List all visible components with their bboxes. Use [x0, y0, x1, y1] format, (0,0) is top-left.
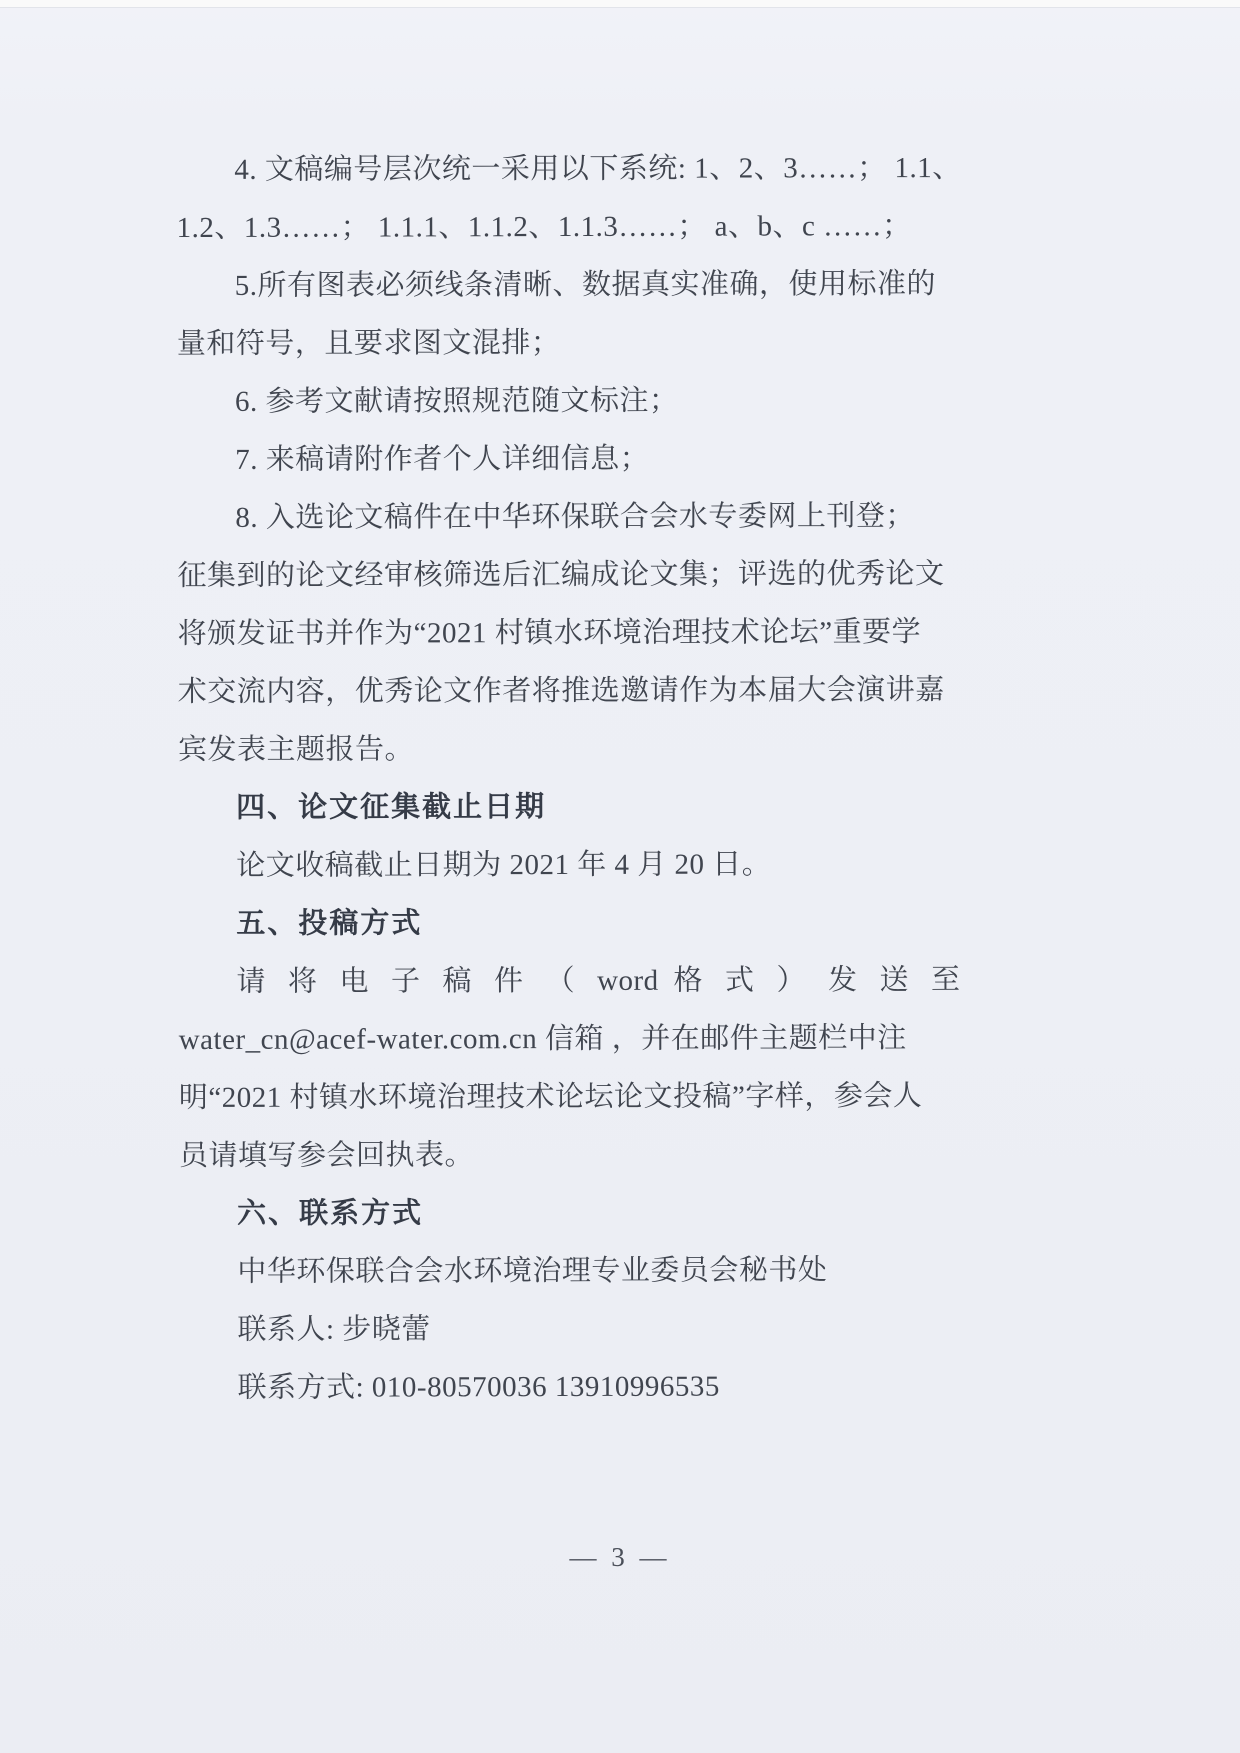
numbered-item-5-line-2: 量和符号，且要求图文混排；: [177, 313, 959, 373]
numbered-item-4-line-1: 4. 文稿编号层次统一采用以下系统: 1、2、3……； 1.1、: [176, 139, 958, 199]
contact-person: 联系人: 步晓蕾: [179, 1299, 961, 1359]
numbered-item-7: 7. 来稿请附作者个人详细信息；: [177, 429, 959, 489]
submission-line-4: 员请填写参会回执表。: [179, 1125, 961, 1185]
numbered-item-8-line-5: 宾发表主题报告。: [178, 719, 960, 779]
page-number: — 3 —: [570, 1542, 671, 1572]
submission-line-2-email: water_cn@acef-water.com.cn 信箱 ，并在邮件主题栏中注: [179, 1009, 961, 1069]
numbered-item-8-line-1: 8. 入选论文稿件在中华环保联合会水专委网上刊登；: [177, 487, 959, 547]
section-heading-contact: 六、联系方式: [179, 1183, 961, 1243]
contact-org: 中华环保联合会水环境治理专业委员会秘书处: [179, 1241, 961, 1301]
numbered-item-8-line-4: 术交流内容，优秀论文作者将推选邀请作为本届大会演讲嘉: [178, 661, 960, 721]
document-body: 4. 文稿编号层次统一采用以下系统: 1、2、3……； 1.1、 1.2、1.3…: [176, 139, 961, 1417]
numbered-item-8-line-3: 将颁发证书并作为“2021 村镇水环境治理技术论坛”重要学: [178, 603, 960, 663]
submission-line-3: 明“2021 村镇水环境治理技术论坛论文投稿”字样，参会人: [179, 1067, 961, 1127]
scanned-document-page: 4. 文稿编号层次统一采用以下系统: 1、2、3……； 1.1、 1.2、1.3…: [0, 0, 1240, 1753]
section-heading-submission: 五、投稿方式: [178, 893, 960, 953]
scan-edge: [0, 0, 1240, 8]
numbered-item-4-line-2: 1.2、1.3……； 1.1.1、1.1.2、1.1.3……； a、b、c ………: [176, 197, 958, 257]
deadline-body: 论文收稿截止日期为 2021 年 4 月 20 日。: [178, 835, 960, 895]
section-heading-deadline: 四、论文征集截止日期: [178, 777, 960, 837]
numbered-item-8-line-2: 征集到的论文经审核筛选后汇编成论文集；评选的优秀论文: [177, 545, 959, 605]
page-footer: — 3 —: [0, 1528, 1240, 1586]
contact-phone: 联系方式: 010-80570036 13910996535: [180, 1357, 962, 1417]
numbered-item-6: 6. 参考文献请按照规范随文标注；: [177, 371, 959, 431]
numbered-item-5-line-1: 5.所有图表必须线条清晰、数据真实准确，使用标准的: [177, 255, 959, 315]
submission-line-1: 请 将 电 子 稿 件 （ word 格 式 ） 发 送 至: [178, 951, 960, 1011]
